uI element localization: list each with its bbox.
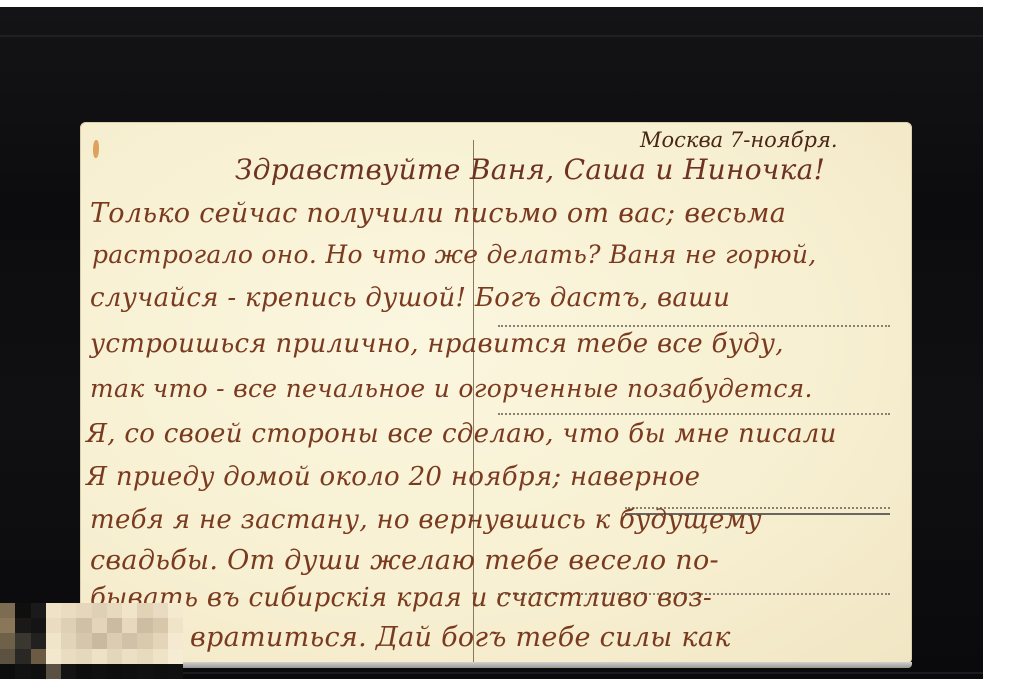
place-date: Москва 7-ноября. [640,128,838,152]
card-bottom-edge [80,662,912,668]
address-dotted-line-1 [498,325,890,327]
text-line-11: вратиться. Дай богъ тебе силы как [190,622,731,653]
postcard: Москва 7-ноября. Здравствуйте Ваня, Саша… [80,122,912,664]
ink-stain [93,140,99,158]
text-line-4: устроишься прилично, нравится тебе все б… [90,329,784,359]
text-line-3: случайся - крепись душой! Богъ дастъ, ва… [90,283,730,313]
text-line-2: растрогало оно. Но что же делать? Ваня н… [92,240,817,269]
address-dotted-line-2 [498,413,890,415]
text-line-10: бывать въ сибирскiя края и счастливо воз… [90,583,712,613]
text-line-8: тебя я не застану, но вернувшись к будущ… [90,505,762,535]
text-line-5: так что - все печальное и огорченные поз… [90,374,813,403]
pixelated-watermark [0,603,183,679]
text-line-1: Только сейчас получили письмо от вас; ве… [90,198,786,229]
text-line-7: Я приеду домой около 20 ноября; наверное [86,462,700,492]
greeting-line: Здравствуйте Ваня, Саша и Ниночка! [235,153,825,186]
place-date-text: Москва 7-ноября. [640,128,838,152]
right-white-margin [984,7,1024,679]
text-line-6: Я, со своей стороны все сделаю, что бы м… [86,419,837,449]
top-white-strip [0,0,1024,7]
text-line-9: свадьбы. От души желаю тебе весело по- [90,545,719,576]
